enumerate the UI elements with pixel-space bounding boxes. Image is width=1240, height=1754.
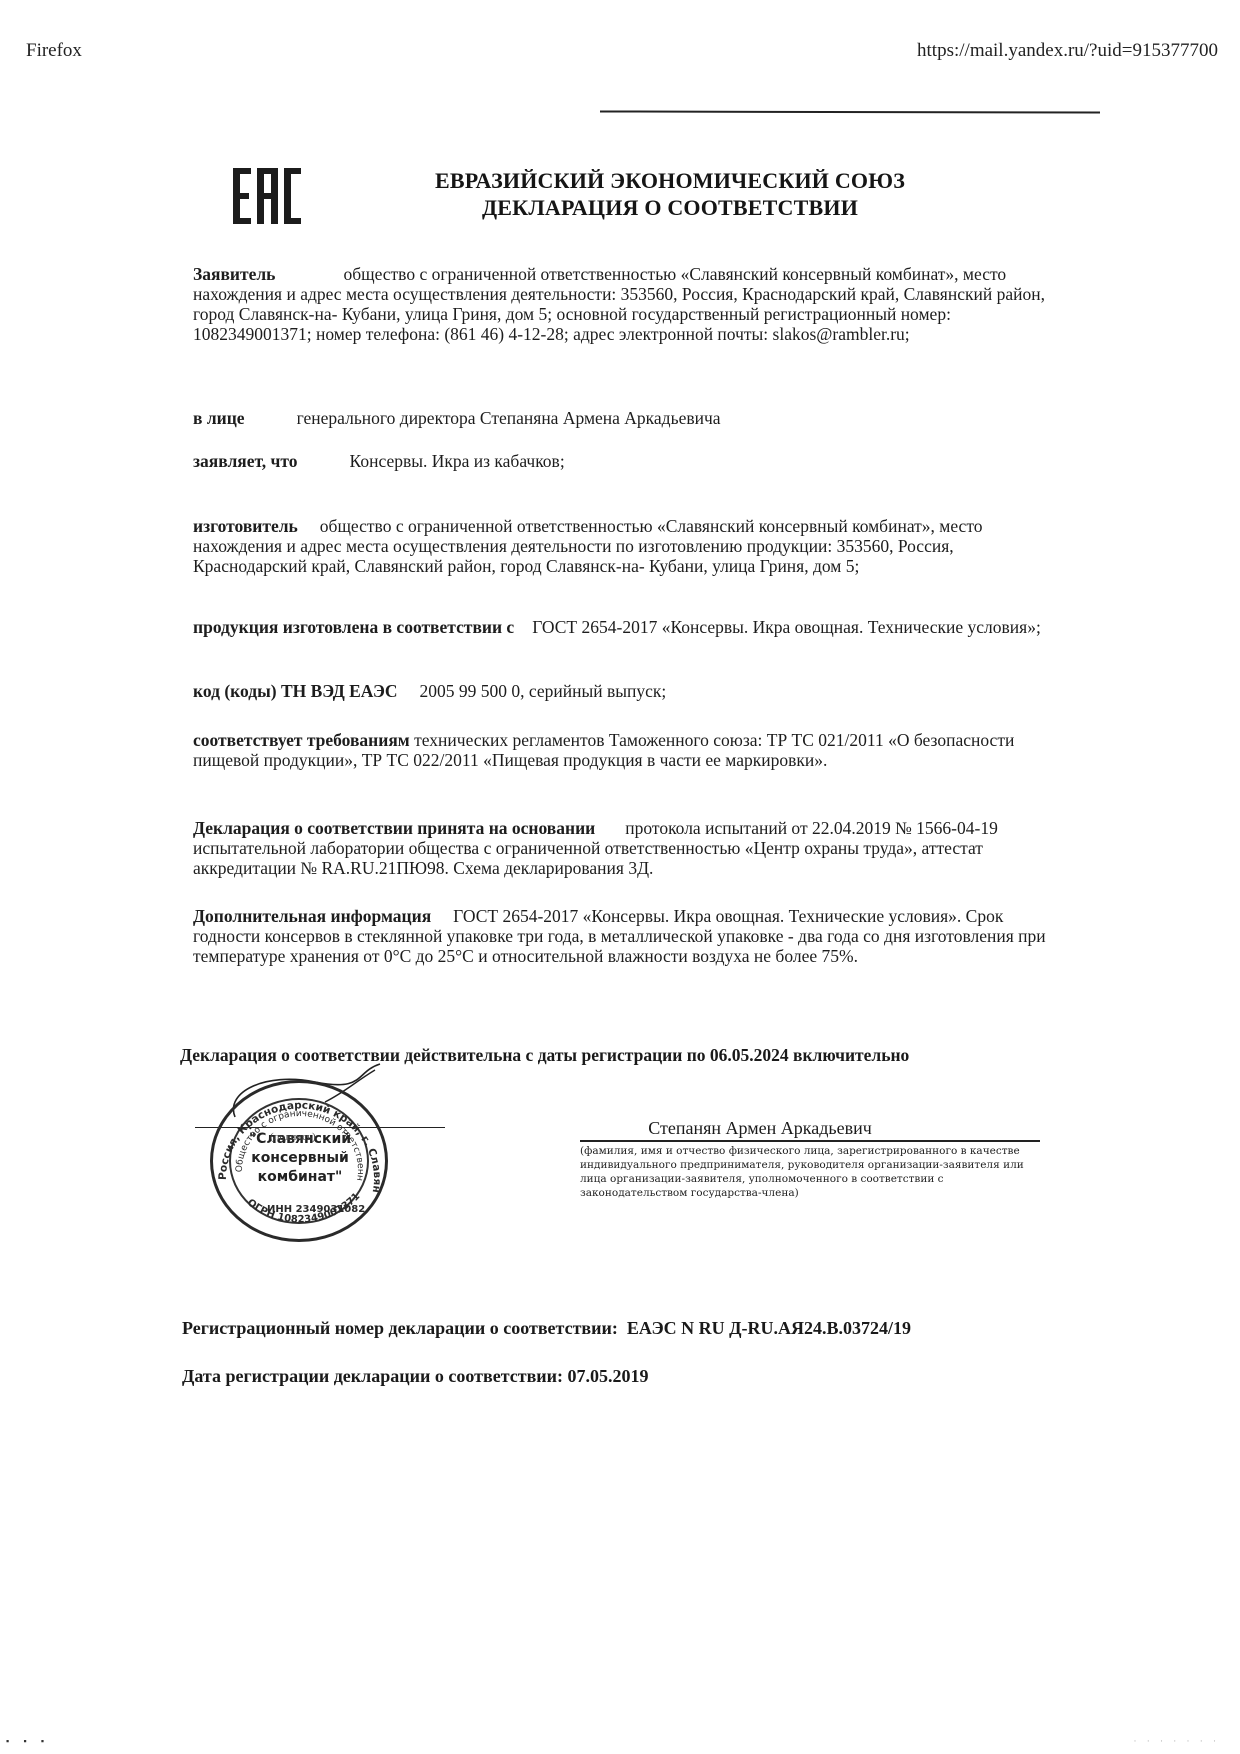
conforms-section: соответствует требованиям технических ре… xyxy=(193,730,1053,770)
basis-section: Декларация о соответствии принята на осн… xyxy=(193,818,1053,878)
top-rule xyxy=(600,110,1100,113)
representative-section: в лицегенерального директора Степаняна А… xyxy=(193,408,1053,428)
declares-text: Консервы. Икра из кабачков; xyxy=(350,451,565,471)
browser-url: https://mail.yandex.ru/?uid=915377700 xyxy=(917,40,1218,62)
manufacturer-text: общество с ограниченной ответственностью… xyxy=(193,516,983,576)
footer-right-marks: · · · · · · · xyxy=(1134,1736,1220,1746)
title-declaration: ДЕКЛАРАЦИЯ О СООТВЕТСТВИИ xyxy=(360,194,980,221)
registration-date: Дата регистрации декларации о соответств… xyxy=(182,1366,649,1387)
additional-info-section: Дополнительная информацияГОСТ 2654-2017 … xyxy=(193,906,1053,966)
registration-date-label: Дата регистрации декларации о соответств… xyxy=(182,1366,563,1386)
footer-left-marks: ▪ ▪ ▪ xyxy=(6,1736,50,1746)
hs-code-section: код (коды) ТН ВЭД ЕАЭС2005 99 500 0, сер… xyxy=(193,681,1053,701)
svg-text:ИНН 2349031082: ИНН 2349031082 xyxy=(267,1204,365,1215)
standard-section: продукция изготовлена в соответствии сГО… xyxy=(193,617,1053,637)
eac-logo xyxy=(233,168,301,224)
declares-label: заявляет, что xyxy=(193,451,298,471)
registration-number-value: ЕАЭС N RU Д-RU.АЯ24.В.03724/19 xyxy=(627,1318,911,1338)
signer-rule xyxy=(580,1140,1040,1142)
browser-app-name: Firefox xyxy=(26,40,82,62)
registration-date-value: 07.05.2019 xyxy=(568,1366,649,1386)
standard-text: ГОСТ 2654-2017 «Консервы. Икра овощная. … xyxy=(532,617,1041,637)
applicant-text: общество с ограниченной ответственностью… xyxy=(193,264,1045,344)
representative-text: генерального директора Степаняна Армена … xyxy=(297,408,721,428)
additional-info-label: Дополнительная информация xyxy=(193,906,431,926)
declares-section: заявляет, чтоКонсервы. Икра из кабачков; xyxy=(193,451,1053,471)
registration-number-label: Регистрационный номер декларации о соотв… xyxy=(182,1318,618,1338)
manufacturer-label: изготовитель xyxy=(193,516,298,536)
registration-number: Регистрационный номер декларации о соотв… xyxy=(182,1318,911,1339)
hs-code-text: 2005 99 500 0, серийный выпуск; xyxy=(420,681,667,701)
signer-note: (фамилия, имя и отчество физического лиц… xyxy=(580,1144,1050,1200)
company-stamp: Россия, Краснодарский край, г. Славянск-… xyxy=(205,1080,395,1245)
page-title: ЕВРАЗИЙСКИЙ ЭКОНОМИЧЕСКИЙ СОЮЗ ДЕКЛАРАЦИ… xyxy=(360,167,980,221)
signer-name: Степанян Армен Аркадьевич xyxy=(580,1118,940,1139)
title-union: ЕВРАЗИЙСКИЙ ЭКОНОМИЧЕСКИЙ СОЮЗ xyxy=(360,167,980,194)
manufacturer-section: изготовительобщество с ограниченной отве… xyxy=(193,516,1053,576)
applicant-label: Заявитель xyxy=(193,264,275,284)
hs-code-label: код (коды) ТН ВЭД ЕАЭС xyxy=(193,681,398,701)
standard-label: продукция изготовлена в соответствии с xyxy=(193,617,514,637)
signature-caption: (подпись) xyxy=(270,1131,316,1143)
basis-label: Декларация о соответствии принята на осн… xyxy=(193,818,595,838)
representative-label: в лице xyxy=(193,408,245,428)
conforms-label: соответствует требованиям xyxy=(193,730,410,750)
applicant-section: Заявительобщество с ограниченной ответст… xyxy=(193,264,1053,344)
